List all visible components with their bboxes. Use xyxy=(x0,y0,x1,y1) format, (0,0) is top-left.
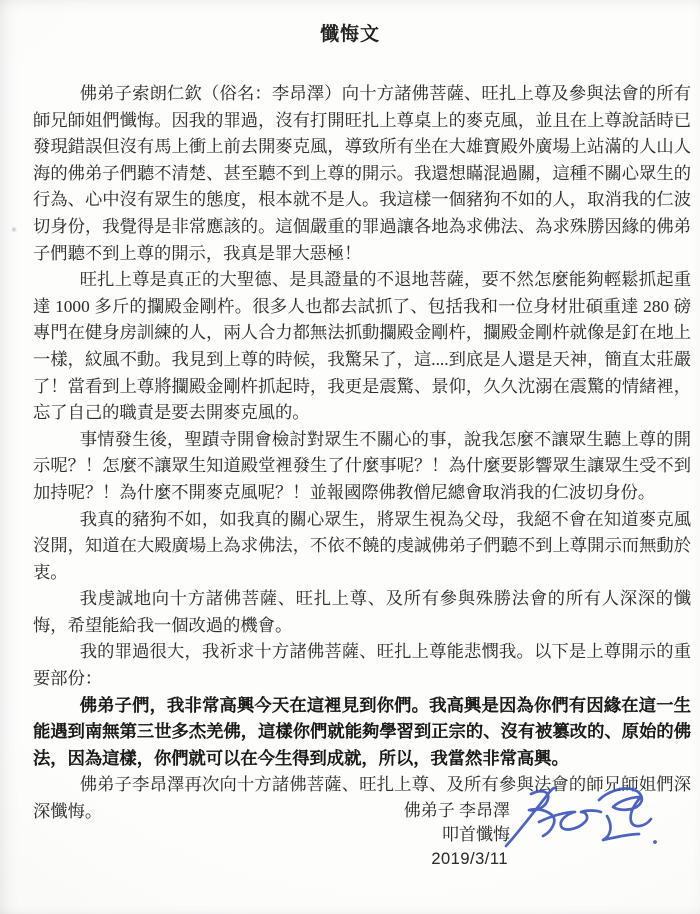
document-body: 佛弟子索朗仁欽（俗名：李昂澤）向十方諸佛菩薩、旺扎上尊及參與法會的所有師兄師姐們… xyxy=(33,81,691,826)
document-title: 懺悔文 xyxy=(0,0,700,46)
paragraph-master-teaching-quote: 佛弟子們，我非常高興今天在這裡見到你們。我高興是因為你們有因緣在這一生能遇到南無… xyxy=(33,693,691,773)
scanned-confession-document: 懺悔文 佛弟子索朗仁欽（俗名：李昂澤）向十方諸佛菩薩、旺扎上尊及參與法會的所有師… xyxy=(0,0,700,914)
scan-artifact-speck xyxy=(11,226,17,233)
paragraph-temple-review: 事情發生後，聖蹟寺開會檢討對眾生不關心的事，說我怎麼不讓眾生聽上尊的開示呢？！怎… xyxy=(33,427,691,507)
signatory-name-line: 佛弟子 李昂澤 xyxy=(404,799,510,823)
handwritten-signature-icon xyxy=(503,781,665,851)
paragraph-apology-intro: 佛弟子索朗仁欽（俗名：李昂澤）向十方諸佛菩薩、旺扎上尊及參與法會的所有師兄師姐們… xyxy=(33,81,691,267)
paragraph-self-reproach: 我真的豬狗不如，如我真的關心眾生，將眾生視為父母，我絕不會在知道麥克風沒開，知道… xyxy=(33,507,691,587)
kowtow-line: 叩首懺悔 xyxy=(404,823,510,847)
paragraph-repentance: 我虔誠地向十方諸佛菩薩、旺扎上尊、及所有參與殊勝法會的所有人深深的懺悔，希望能給… xyxy=(33,586,691,639)
closing-signature-block: 佛弟子 李昂澤 叩首懺悔 2019/3/11 xyxy=(404,799,510,871)
date-line: 2019/3/11 xyxy=(404,847,510,871)
paragraph-prayer: 我的罪過很大，我祈求十方諸佛菩薩、旺扎上尊能悲憫我。以下是上尊開示的重要部份： xyxy=(33,639,691,692)
paragraph-vajra-pestle: 旺扎上尊是真正的大聖德、是具證量的不退地菩薩，要不然怎麼能夠輕鬆抓起重達 100… xyxy=(33,267,691,427)
